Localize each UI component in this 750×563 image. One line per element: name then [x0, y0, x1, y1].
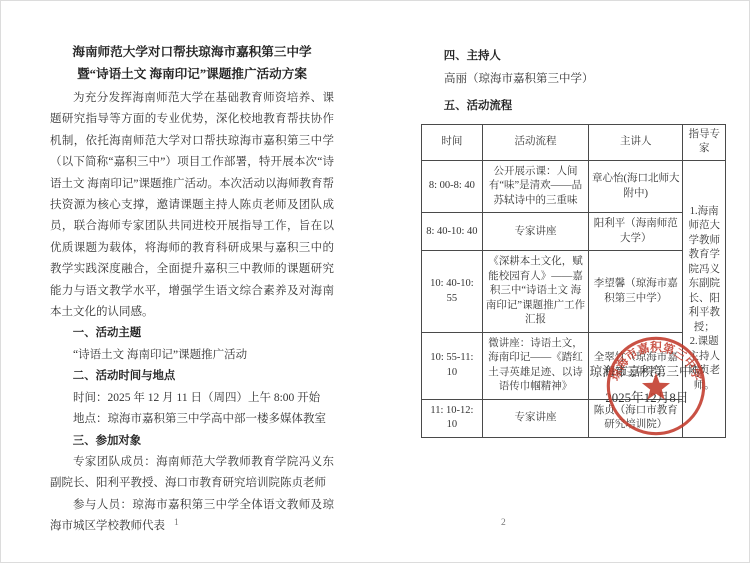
doc-title-line1: 海南师范大学对口帮扶琼海市嘉积第三中学	[50, 41, 334, 63]
col-header-experts: 指导专家	[683, 124, 726, 160]
section-heading-time-place: 二、活动时间与地点	[50, 366, 334, 387]
official-seal-icon: 琼海市嘉积第三中学	[604, 334, 708, 438]
col-header-time: 时间	[422, 124, 483, 160]
table-header-row: 时间 活动流程 主讲人 指导专家	[422, 124, 726, 160]
col-header-speaker: 主讲人	[589, 124, 683, 160]
col-header-activity: 活动流程	[482, 124, 588, 160]
table-row: 10: 40-10: 55 《深耕本土文化，赋能校园育人》——嘉积三中“诗语土文…	[422, 251, 726, 333]
cell-time: 10: 55-11: 10	[422, 332, 483, 399]
cell-activity: 公开展示课：人间有“味”是清欢——品苏轼诗中的三重味	[482, 160, 588, 213]
page-number-2: 2	[501, 518, 506, 528]
theme-line: “诗语土文 海南印记”课题推广活动	[50, 345, 334, 366]
cell-speaker: 李望馨（琼海市嘉积第三中学）	[589, 251, 683, 333]
section-heading-schedule: 五、活动流程	[421, 96, 726, 117]
star-icon	[642, 373, 670, 400]
place-line: 地点：琼海市嘉积第三中学高中部一楼多媒体教室	[50, 409, 334, 430]
intro-paragraph: 为充分发挥海南师范大学在基础教育师资培养、课题研究指导等方面的专业优势，深化校地…	[50, 88, 334, 323]
expert-team-line: 专家团队成员：海南师范大学教师教育学院冯义东副院长、阳利平教授、海口市教育研究培…	[50, 452, 334, 495]
table-row: 8: 40-10: 40 专家讲座 阳利平（海南师范大学）	[422, 213, 726, 251]
table-row: 8: 00-8: 40 公开展示课：人间有“味”是清欢——品苏轼诗中的三重味 章…	[422, 160, 726, 213]
time-line: 时间：2025 年 12 月 11 日（周四）上午 8:00 开始	[50, 388, 334, 409]
cell-activity: 专家讲座	[482, 213, 588, 251]
section-heading-host: 四、主持人	[421, 46, 726, 67]
cell-time: 8: 00-8: 40	[422, 160, 483, 213]
page-2: 四、主持人 高丽（琼海市嘉积第三中学） 五、活动流程 时间 活动流程 主讲人 指…	[421, 41, 726, 521]
cell-time: 10: 40-10: 55	[422, 251, 483, 333]
cell-time: 8: 40-10: 40	[422, 213, 483, 251]
cell-time: 11: 10-12: 10	[422, 399, 483, 437]
cell-speaker: 阳利平（海南师范大学）	[589, 213, 683, 251]
section-heading-participants: 三、参加对象	[50, 431, 334, 452]
attendees-line: 参与人员：琼海市嘉积第三中学全体语文教师及琼海市城区学校教师代表	[50, 495, 334, 538]
cell-speaker: 章心怡(海口北师大附中)	[589, 160, 683, 213]
page-1: 海南师范大学对口帮扶琼海市嘉积第三中学 暨“诗语土文 海南印记”课题推广活动方案…	[50, 41, 334, 538]
section-heading-theme: 一、活动主题	[50, 323, 334, 344]
page-number-1: 1	[174, 518, 179, 528]
document-canvas: 海南师范大学对口帮扶琼海市嘉积第三中学 暨“诗语土文 海南印记”课题推广活动方案…	[0, 0, 750, 563]
doc-title-line2: 暨“诗语土文 海南印记”课题推广活动方案	[50, 63, 334, 85]
host-line: 高丽（琼海市嘉积第三中学）	[421, 67, 726, 91]
cell-activity: 《深耕本土文化，赋能校园育人》——嘉积三中“诗语土文 海南印记”课题推广工作汇报	[482, 251, 588, 333]
